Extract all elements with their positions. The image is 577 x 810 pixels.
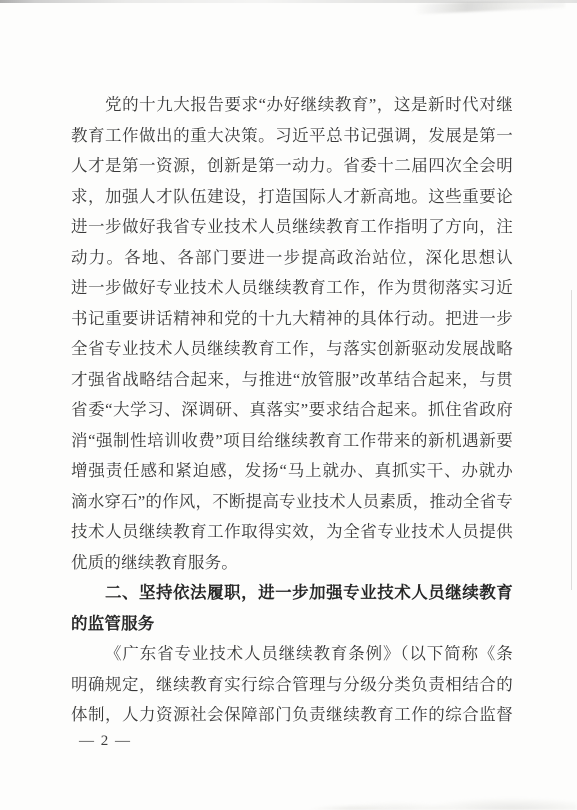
text-line: 消“强制性培训收费”项目给继续教育工作带来的新机遇新要求， — [71, 426, 513, 457]
section-heading-line: 二、坚持依法履职，进一步加强专业技术人员继续教育工作 — [71, 578, 513, 609]
text-line: 全省专业技术人员继续教育工作，与落实创新驱动发展战略和人 — [71, 334, 513, 365]
text-line: 人才是第一资源，创新是第一动力。省委十二届四次全会明确要 — [71, 151, 513, 182]
text-line: 《广东省专业技术人员继续教育条例》（以下简称《条例》） — [71, 639, 513, 670]
text-line: 滴水穿石”的作风，不断提高专业技术人员素质，推动全省专业 — [71, 487, 513, 518]
text-line: 进一步做好专业技术人员继续教育工作，作为贯彻落实习近平总 — [71, 273, 513, 304]
text-line: 体制，人力资源社会保障部门负责继续教育工作的综合监督管理 — [71, 700, 513, 731]
scan-bottom-right-smudge — [317, 776, 577, 810]
text-line: 党的十九大报告要求“办好继续教育”，这是新时代对继续 — [71, 90, 513, 121]
text-line: 才强省战略结合起来，与推进“放管服”改革结合起来，与贯彻 — [71, 365, 513, 396]
text-line: 省委“大学习、深调研、真落实”要求结合起来。抓住省政府取 — [71, 395, 513, 426]
text-line: 教育工作做出的重大决策。习近平总书记强调，发展是第一要务， — [71, 121, 513, 152]
text-line: 技术人员继续教育工作取得实效，为全省专业技术人员提供及时 — [71, 517, 513, 548]
text-line: 动力。各地、各部门要进一步提高政治站位，深化思想认识，把 — [71, 243, 513, 274]
document-body: 党的十九大报告要求“办好继续教育”，这是新时代对继续教育工作做出的重大决策。习近… — [71, 90, 513, 731]
scan-right-edge-artifact — [571, 290, 572, 590]
text-line: 书记重要讲话精神和党的十九大精神的具体行动。把进一步做好 — [71, 304, 513, 335]
page-number: — 2 — — [79, 731, 132, 751]
section-heading-line: 的监管服务 — [71, 609, 513, 640]
text-line: 增强责任感和紧迫感，发扬“马上就办、真抓实干、办就办好、 — [71, 456, 513, 487]
scanned-document-page: 党的十九大报告要求“办好继续教育”，这是新时代对继续教育工作做出的重大决策。习近… — [0, 0, 577, 810]
text-line: 求，加强人才队伍建设，打造国际人才新高地。这些重要论述为 — [71, 182, 513, 213]
text-line: 优质的继续教育服务。 — [71, 548, 513, 579]
text-line: 进一步做好我省专业技术人员继续教育工作指明了方向，注入了 — [71, 212, 513, 243]
text-line: 明确规定，继续教育实行综合管理与分级分类负责相结合的管理 — [71, 670, 513, 701]
